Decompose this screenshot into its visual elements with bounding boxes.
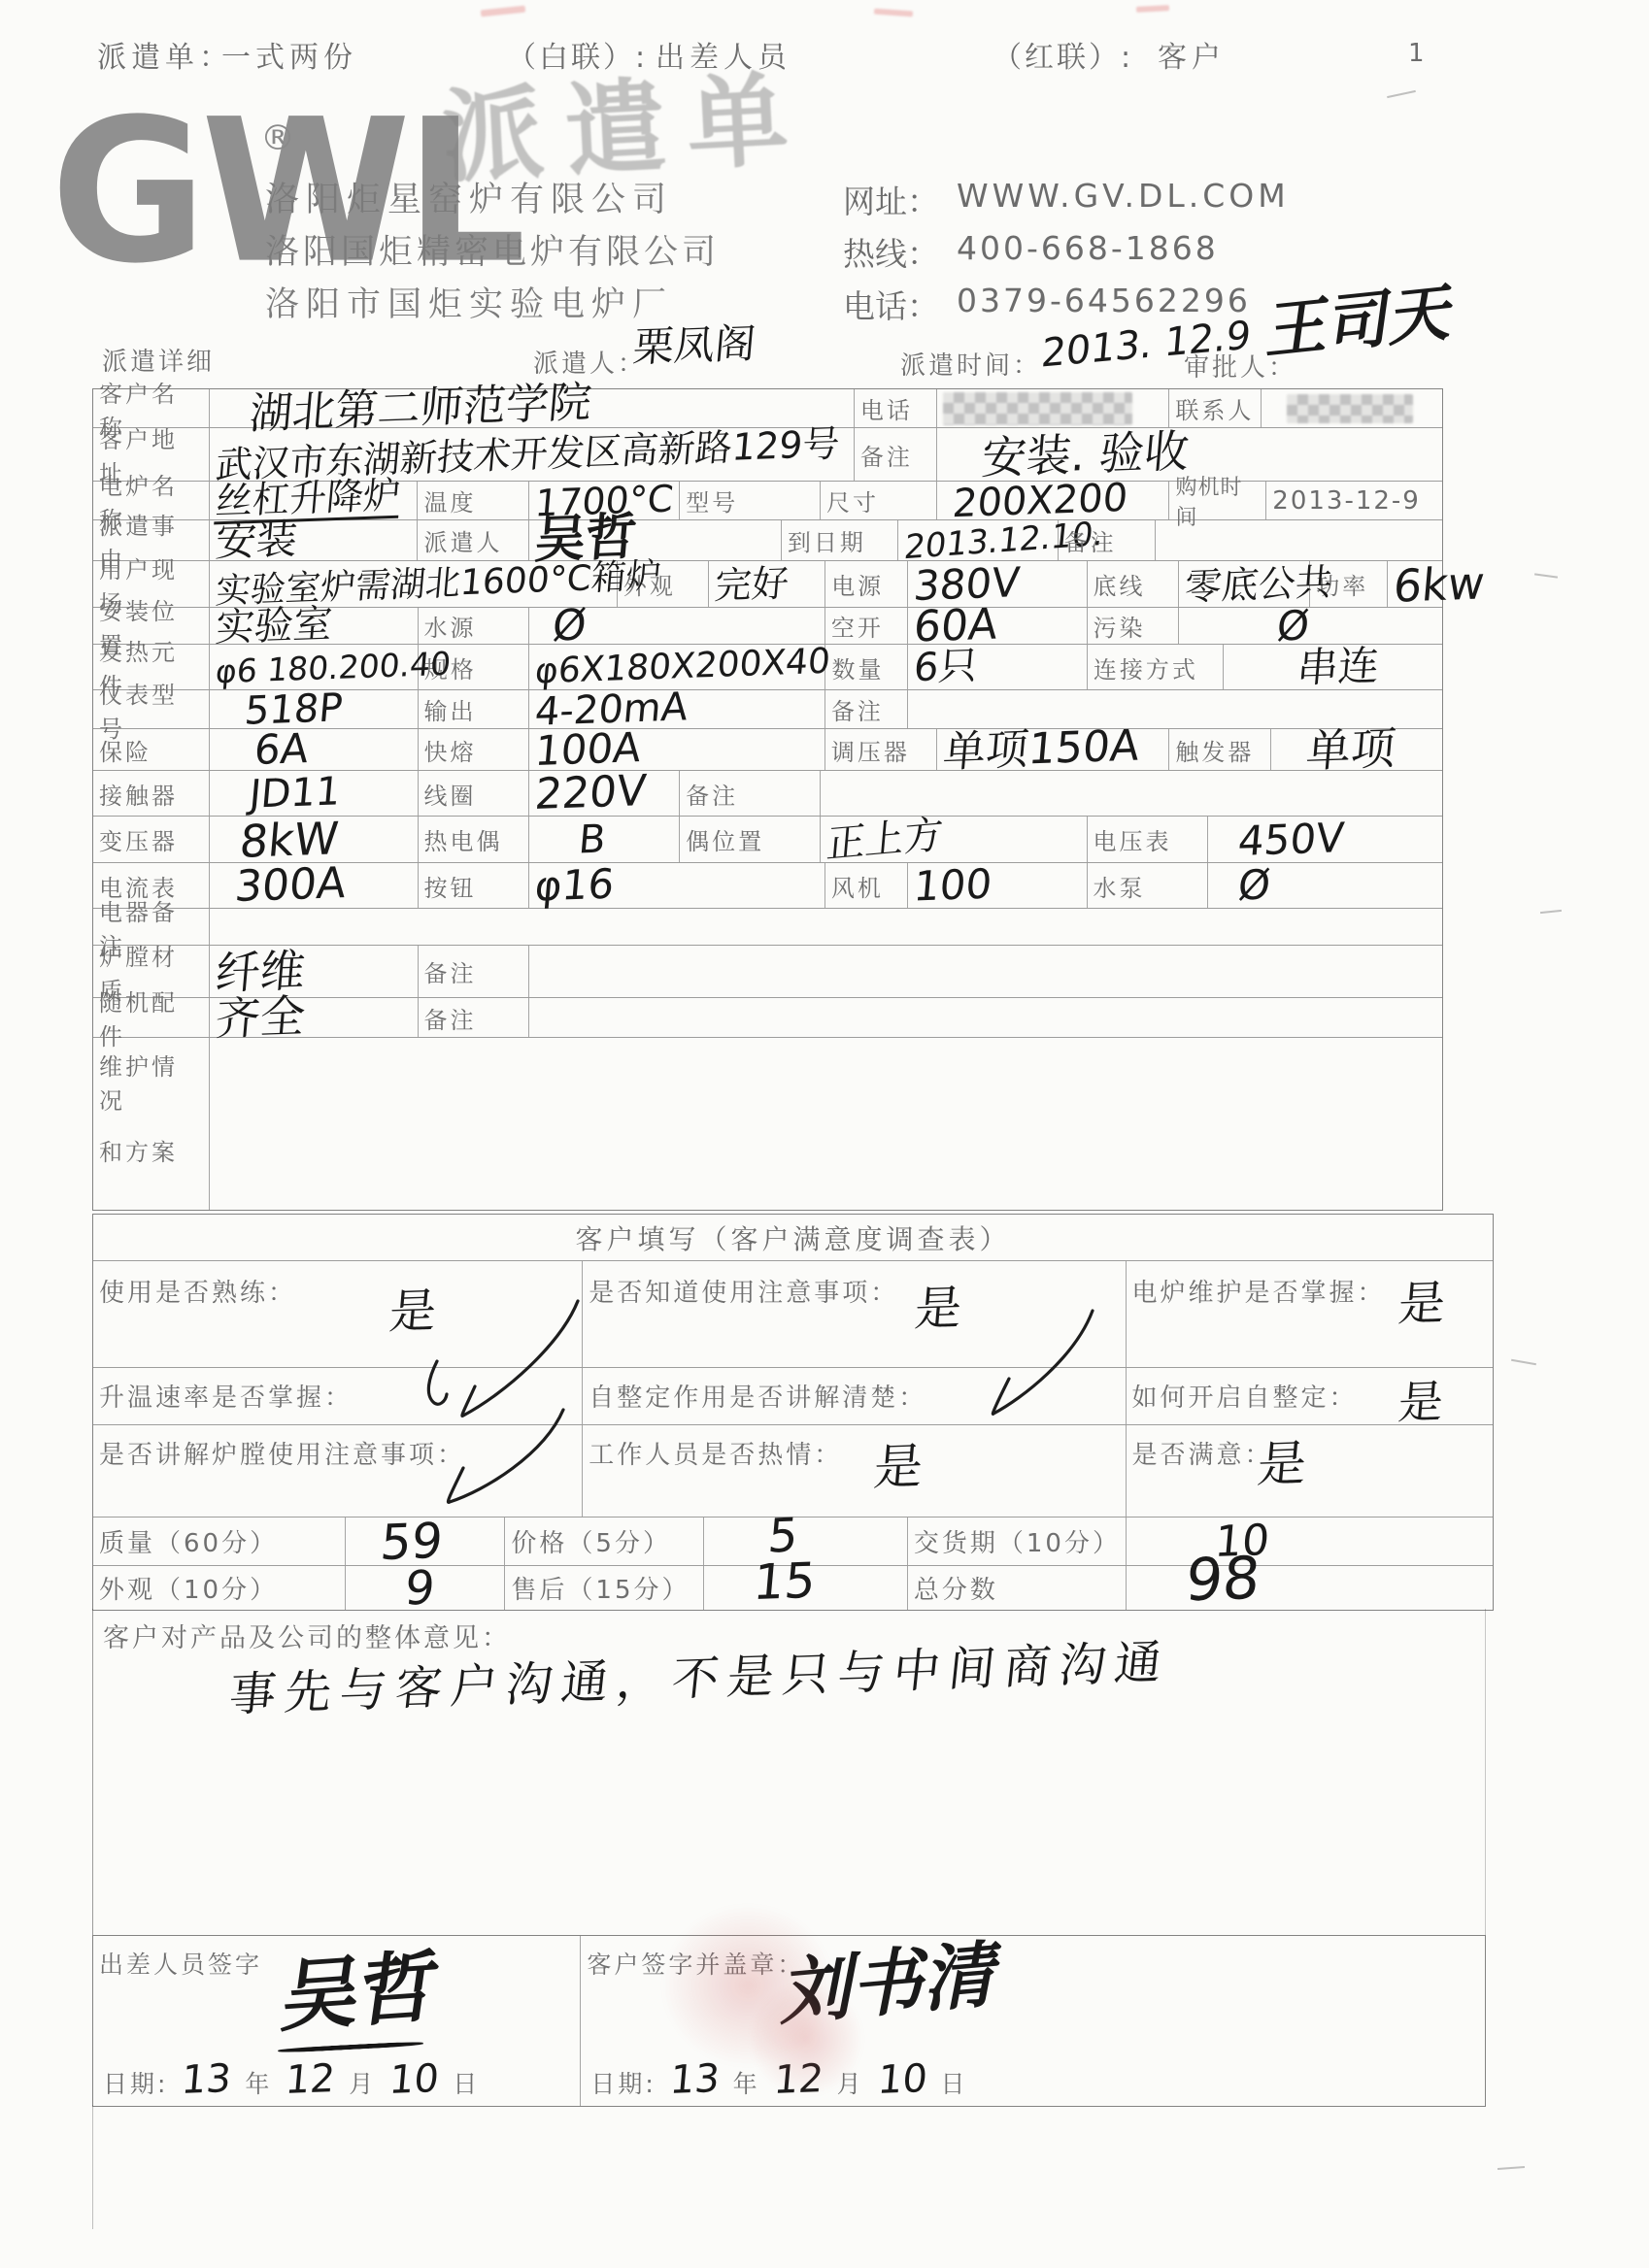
traveler-signature: 吴哲: [278, 1948, 444, 2037]
dispatched-person-label: 派遣人: [418, 520, 529, 560]
heating-element-handwriting: φ6 180.200.40: [214, 647, 452, 687]
water-source-cell: Ø: [529, 608, 825, 644]
year-unit: 年: [733, 2065, 760, 2100]
maintenance-label-line1: 维护情况: [99, 1048, 203, 1116]
opinion-section: 客户对产品及公司的整体意见： 事先与客户沟通，不是只与中间商沟通: [92, 1609, 1486, 1935]
fuse-label: 保险: [93, 729, 210, 770]
contactor-cell: JD11: [210, 771, 419, 816]
date-day-handwriting: 10: [876, 2059, 928, 2100]
dispatcher-label: 派遣人：: [533, 344, 646, 380]
phone-redacted-cell: [937, 389, 1170, 427]
red-copy-label: （红联）:: [993, 33, 1133, 76]
coil-label: 线圈: [419, 771, 530, 816]
phone-field-label: 电话: [855, 389, 937, 427]
scan-artifact-red: [1136, 5, 1169, 13]
scan-artifact-gray: [1387, 90, 1416, 98]
furnace-name-cell: 丝杠升降炉: [210, 482, 419, 519]
signature-underline: [278, 2041, 423, 2053]
thermocouple-handwriting: B: [578, 819, 608, 859]
accessories-handwriting: 齐全: [214, 993, 307, 1041]
output-label: 输出: [419, 690, 530, 728]
customer-name-handwriting: 湖北第二师范学院: [248, 381, 593, 435]
output-cell: 4-20mA: [529, 690, 825, 728]
contact-person-label: 联系人: [1169, 389, 1262, 427]
opinion-label: 客户对产品及公司的整体意见：: [103, 1617, 511, 1654]
quantity-cell: 6只: [908, 645, 1088, 689]
trigger-handwriting: 单项: [1304, 725, 1397, 773]
table-row: 电器备注: [93, 909, 1442, 946]
company-name-3: 洛阳市国炬实验电炉厂: [265, 278, 673, 326]
install-location-handwriting: 实验室: [214, 604, 333, 647]
ammeter-handwriting: 300A: [233, 862, 348, 909]
company-name-1: 洛阳炬星窑炉有限公司: [265, 173, 673, 221]
date-label: 日期:: [590, 2065, 656, 2100]
table-row: 随机配件 齐全 备注: [93, 998, 1442, 1038]
dispatch-reason-cell: 安装: [210, 520, 419, 560]
contactor-remark-cell: [821, 771, 1442, 816]
appearance-cell: 完好: [709, 561, 825, 607]
dispatched-person-cell: 吴哲: [529, 520, 782, 560]
fast-fuse-label: 快熔: [419, 729, 530, 770]
website-value: WWW.GV.DL.COM: [957, 177, 1290, 215]
scan-artifact-red: [874, 9, 913, 17]
website-label: 网址：: [843, 177, 939, 222]
couple-position-handwriting: 正上方: [824, 815, 944, 864]
chamber-material-cell: 纤维: [210, 946, 419, 997]
transformer-cell: 8kW: [210, 817, 419, 862]
power-rating-handwriting: 6kw: [1392, 560, 1487, 608]
material-remark-label: 备注: [419, 946, 530, 997]
customer-name-cell: 湖北第二师范学院: [210, 389, 855, 427]
quantity-handwriting: 6只: [913, 647, 980, 687]
couple-position-cell: 正上方: [821, 817, 1088, 862]
maintenance-label-line2: 和方案: [99, 1133, 178, 1167]
scan-artifact-gray: [1534, 573, 1558, 578]
accessories-cell: 齐全: [210, 998, 419, 1037]
score-appearance-value: 9: [403, 1564, 437, 1612]
button-cell: φ16: [529, 863, 825, 908]
install-location-cell: 实验室: [210, 608, 419, 644]
page-number: 1: [1408, 39, 1425, 68]
transformer-label: 变压器: [93, 817, 210, 862]
dispatch-reason-handwriting: 安装: [214, 518, 299, 562]
day-unit: 日: [453, 2065, 480, 2100]
connection-method-cell: 串连: [1224, 645, 1442, 689]
spec-handwriting: φ6X180X200X40: [534, 645, 832, 690]
year-unit: 年: [245, 2065, 272, 2100]
table-row: 客户名称 湖北第二师范学院 电话 联系人: [93, 389, 1442, 428]
dispatch-time-label: 派遣时间：: [900, 346, 1041, 382]
heating-element-cell: φ6 180.200.40: [210, 645, 419, 689]
voltage-regulator-label: 调压器: [825, 729, 937, 770]
maintenance-cell: [210, 1038, 1442, 1210]
accessories-label: 随机配件: [93, 998, 210, 1037]
check-stroke-chamber: [448, 1410, 563, 1502]
form-copy-note: 派遣单：: [97, 33, 233, 76]
user-site-cell: 实验室炉需湖北1600°C箱炉: [210, 561, 618, 607]
thermocouple-cell: B: [529, 817, 680, 862]
remark-label: 备注: [855, 428, 937, 481]
day-unit: 日: [941, 2065, 968, 2100]
table-row: 维护情况 和方案: [93, 1038, 1442, 1210]
pollution-label: 污染: [1088, 608, 1180, 644]
fuse-cell: 6A: [210, 729, 419, 770]
power-rating-cell: 6kw: [1388, 561, 1442, 607]
accessories-remark-cell: [529, 998, 1442, 1037]
thermocouple-label: 热电偶: [419, 817, 530, 862]
page-edge-line: [92, 2105, 93, 2229]
ground-wire-handwriting: 零底公共: [1184, 563, 1334, 605]
table-row: 保险 6A 快熔 100A 调压器 单项150A 触发器 单项: [93, 729, 1442, 771]
scan-artifact-red: [481, 6, 525, 17]
trigger-cell: 单项: [1271, 729, 1442, 770]
table-row: 电流表 300A 按钮 φ16 风机 100 水泵 Ø: [93, 863, 1442, 909]
fast-fuse-cell: 100A: [529, 729, 825, 770]
spec-cell: φ6X180X200X40: [529, 645, 825, 689]
contactor-label: 接触器: [93, 771, 210, 816]
scanned-dispatch-form: 派遣单： 一式两份 （白联）: 出差人员 （红联）: 客户 1 派遣单 GWL …: [0, 0, 1649, 2268]
red-stamp-smudge: [748, 1981, 864, 2097]
ground-wire-cell: 零底公共: [1179, 561, 1310, 607]
breaker-cell: 60A: [908, 608, 1088, 644]
water-pump-cell: Ø: [1208, 863, 1442, 908]
water-source-label: 水源: [419, 608, 530, 644]
scan-artifact-gray: [1498, 2166, 1525, 2170]
redacted-phone-mosaic: [943, 392, 1132, 425]
voltage-regulator-cell: 单项150A: [937, 729, 1170, 770]
voltmeter-handwriting: 450V: [1237, 817, 1347, 862]
button-label: 按钮: [419, 863, 530, 908]
ammeter-cell: 300A: [210, 863, 419, 908]
breaker-handwriting: 60A: [912, 603, 999, 649]
phone-label: 电话：: [843, 282, 939, 327]
approver-signature: 王司天: [1263, 281, 1458, 363]
table-row: 变压器 8kW 热电偶 B 偶位置 正上方 电压表 450V: [93, 817, 1442, 863]
traveler-signature-label: 出差人员签字: [99, 1946, 262, 1981]
table-row: 用户现场 实验室炉需湖北1600°C箱炉 外观 完好 电源 380V 底线 零底…: [93, 561, 1442, 608]
water-pump-label: 水泵: [1088, 863, 1209, 908]
check-stroke-autotune: [993, 1311, 1093, 1414]
transformer-handwriting: 8kW: [238, 816, 340, 864]
temperature-label: 温度: [418, 482, 529, 519]
company-name-2: 洛阳国炬精密电炉有限公司: [265, 225, 720, 274]
connection-method-label: 连接方式: [1088, 645, 1224, 689]
meter-model-label: 仪表型号: [93, 690, 210, 728]
contactor-remark-label: 备注: [680, 771, 821, 816]
pollution-handwriting: Ø: [1276, 605, 1312, 647]
date-year-handwriting: 13: [668, 2059, 721, 2100]
coil-cell: 220V: [529, 771, 680, 816]
fan-label: 风机: [825, 863, 908, 908]
redacted-contact-mosaic: [1287, 394, 1413, 423]
fan-handwriting: 100: [912, 864, 993, 908]
main-detail-table: 客户名称 湖北第二师范学院 电话 联系人 客户地址 武汉市东湖新技术开发区高新路…: [92, 388, 1443, 1211]
couple-position-label: 偶位置: [680, 817, 821, 862]
hotline-label: 热线：: [843, 229, 939, 275]
user-site-handwriting: 实验室炉需湖北1600°C箱炉: [214, 558, 662, 609]
breaker-label: 空开: [825, 608, 908, 644]
table-row: 发热元件 φ6 180.200.40 规格 φ6X180X200X40 数量 6…: [93, 645, 1442, 690]
fast-fuse-handwriting: 100A: [534, 727, 644, 772]
fan-cell: 100: [908, 863, 1088, 908]
meter-remark-label: 备注: [825, 690, 908, 728]
purchase-date-value: 2013-12-9: [1266, 482, 1442, 519]
phone-value: 0379-64562296: [957, 282, 1251, 319]
fuse-handwriting: 6A: [252, 728, 310, 771]
check-stroke-hook: [428, 1361, 447, 1404]
contact-redacted-cell: [1262, 389, 1442, 427]
material-remark-cell: [529, 946, 1442, 997]
table-row: 安装位置 实验室 水源 Ø 空开 60A 污染 Ø: [93, 608, 1442, 645]
copies-count: 一式两份: [221, 33, 357, 76]
registered-trademark-icon: ®: [260, 118, 295, 158]
red-copy-holder: 客户: [1158, 33, 1226, 76]
pollution-cell: Ø: [1179, 608, 1442, 644]
size-label: 尺寸: [821, 482, 937, 519]
date-month-handwriting: 12: [285, 2059, 337, 2100]
trigger-label: 触发器: [1169, 729, 1271, 770]
voltage-regulator-handwriting: 单项150A: [941, 724, 1141, 774]
ground-wire-label: 底线: [1088, 561, 1180, 607]
score-total-value: 98: [1183, 1549, 1262, 1610]
contactor-handwriting: JD11: [248, 772, 342, 814]
month-unit: 月: [349, 2065, 376, 2100]
reason-remark-cell: [1156, 520, 1443, 560]
arrival-date-label: 到日期: [782, 520, 898, 560]
water-source-handwriting: Ø: [551, 604, 588, 648]
date-day-handwriting: 10: [388, 2059, 441, 2100]
hotline-value: 400-668-1868: [957, 229, 1219, 267]
connection-method-handwriting: 串连: [1296, 645, 1381, 688]
remark-handwriting: 安装. 验收: [980, 428, 1191, 481]
electrical-remark-cell: [210, 909, 1442, 945]
appearance-handwriting: 完好: [714, 564, 791, 604]
accessories-remark-label: 备注: [419, 998, 530, 1037]
scan-artifact-gray: [1540, 910, 1562, 914]
traveler-signature-box: 出差人员签字 吴哲 日期: 13 年 12 月 10 日: [93, 1936, 581, 2106]
check-stroke-heating-rate: [462, 1301, 578, 1416]
traveler-date-line: 日期: 13 年 12 月 10 日: [103, 2060, 480, 2100]
table-row: 接触器 JD11 线圈 220V 备注: [93, 771, 1442, 817]
dispatch-detail-label: 派遣详细: [102, 342, 215, 378]
table-row: 派遣事由 安装 派遣人 吴哲 到日期 2013.12.10. 备注: [93, 520, 1442, 561]
water-pump-handwriting: Ø: [1237, 864, 1273, 906]
power-supply-label: 电源: [825, 561, 908, 607]
meter-model-cell: 518P: [210, 690, 419, 728]
voltmeter-cell: 450V: [1208, 817, 1442, 862]
chamber-material-handwriting: 纤维: [214, 948, 307, 995]
button-handwriting: φ16: [534, 864, 617, 908]
scan-artifact-gray: [1511, 1359, 1536, 1365]
size-cell: 200X200: [937, 482, 1170, 519]
maintenance-label-cell: 维护情况 和方案: [93, 1038, 210, 1210]
quantity-label: 数量: [825, 645, 908, 689]
dispatcher-name-handwriting: 栗凤阁: [631, 323, 757, 369]
purchase-date-label: 购机时间: [1169, 482, 1266, 519]
model-label: 型号: [680, 482, 821, 519]
arrival-date-cell: 2013.12.10.: [898, 520, 1059, 560]
voltmeter-label: 电压表: [1088, 817, 1209, 862]
reason-remark-label: 备注: [1059, 520, 1156, 560]
date-label: 日期:: [103, 2065, 168, 2100]
score-service-value: 15: [752, 1555, 818, 1606]
coil-handwriting: 220V: [533, 770, 648, 817]
table-row: 仪表型号 518P 输出 4-20mA 备注: [93, 690, 1442, 729]
date-year-handwriting: 13: [181, 2059, 233, 2100]
